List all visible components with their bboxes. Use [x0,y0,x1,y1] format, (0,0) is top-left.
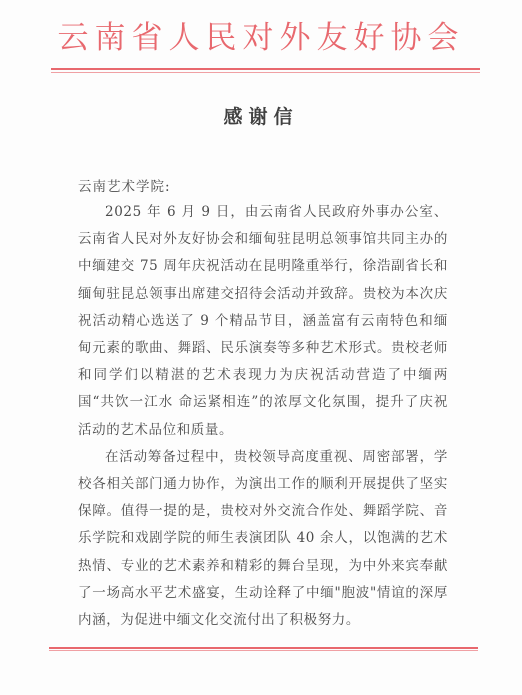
paragraph-2: 在活动筹备过程中，贵校领导高度重视、周密部署，学校各相关部门通力协作，为演出工作… [78,444,448,634]
letterhead-org-name: 云南省人民对外友好协会 [0,18,522,58]
salutation: 云南艺术学院: [78,175,171,195]
footer-divider-thin [49,650,478,651]
document-title: 感谢信 [0,102,522,129]
letter-body: 2025 年 6 月 9 日，由云南省人民政府外事办公室、云南省人民对外友好协会… [78,199,448,634]
paragraph-1: 2025 年 6 月 9 日，由云南省人民政府外事办公室、云南省人民对外友好协会… [78,199,448,444]
footer-divider [49,647,478,649]
letterhead-divider-thin [51,72,480,73]
letterhead-divider [51,68,480,70]
